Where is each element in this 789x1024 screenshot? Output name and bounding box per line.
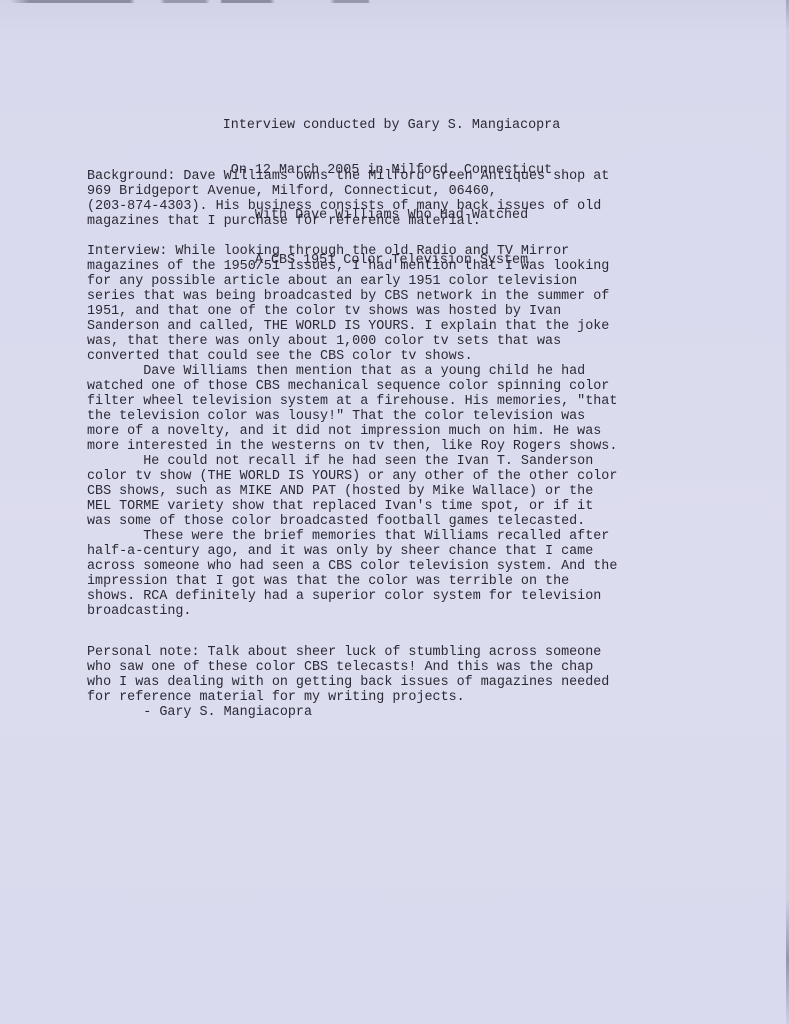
- text-line: Interview: While looking through the old…: [87, 244, 617, 259]
- text-line: CBS shows, such as MIKE AND PAT (hosted …: [87, 484, 617, 499]
- text-line: Sanderson and called, THE WORLD IS YOURS…: [87, 319, 617, 334]
- text-line: filter wheel television system at a fire…: [87, 394, 617, 409]
- text-line: Dave Williams then mention that as a you…: [87, 364, 617, 379]
- text-line: He could not recall if he had seen the I…: [87, 454, 617, 469]
- text-line: for reference material for my writing pr…: [87, 690, 609, 705]
- text-line: color tv show (THE WORLD IS YOURS) or an…: [87, 469, 617, 484]
- text-line: 969 Bridgeport Avenue, Milford, Connecti…: [87, 184, 609, 199]
- text-line: 1951, and that one of the color tv shows…: [87, 304, 617, 319]
- text-line: was some of those color broadcasted foot…: [87, 514, 617, 529]
- interview-paragraphs: Interview: While looking through the old…: [87, 244, 617, 619]
- text-line: These were the brief memories that Willi…: [87, 529, 617, 544]
- text-line: broadcasting.: [87, 604, 617, 619]
- text-line: who saw one of these color CBS telecasts…: [87, 660, 609, 675]
- text-line: half-a-century ago, and it was only by s…: [87, 544, 617, 559]
- text-line: watched one of those CBS mechanical sequ…: [87, 379, 617, 394]
- scan-top-edge-artifact: [10, 0, 370, 3]
- text-line: MEL TORME variety show that replaced Iva…: [87, 499, 617, 514]
- text-line: for any possible article about an early …: [87, 274, 617, 289]
- text-line: - Gary S. Mangiacopra: [87, 705, 609, 720]
- text-line: was, that there was only about 1,000 col…: [87, 334, 617, 349]
- text-line: Background: Dave Williams owns the Milfo…: [87, 169, 609, 184]
- text-line: across someone who had seen a CBS color …: [87, 559, 617, 574]
- text-line: magazines that I purchase for reference …: [87, 214, 609, 229]
- text-line: who I was dealing with on getting back i…: [87, 675, 609, 690]
- text-line: the television color was lousy!" That th…: [87, 409, 617, 424]
- text-line: Personal note: Talk about sheer luck of …: [87, 645, 609, 660]
- scanned-page: Interview conducted by Gary S. Mangiacop…: [0, 0, 789, 1024]
- text-line: (203-874-4303). His business consists of…: [87, 199, 609, 214]
- text-line: magazines of the 1950/51 issues, I had m…: [87, 259, 617, 274]
- text-line: impression that I got was that the color…: [87, 574, 617, 589]
- text-line: series that was being broadcasted by CBS…: [87, 289, 617, 304]
- text-line: more of a novelty, and it did not impres…: [87, 424, 617, 439]
- text-line: converted that could see the CBS color t…: [87, 349, 617, 364]
- text-line: more interested in the westerns on tv th…: [87, 439, 617, 454]
- background-paragraph: Background: Dave Williams owns the Milfo…: [87, 169, 609, 229]
- personal-note-paragraph: Personal note: Talk about sheer luck of …: [87, 645, 609, 720]
- title-line: Interview conducted by Gary S. Mangiacop…: [0, 118, 789, 133]
- text-line: shows. RCA definitely had a superior col…: [87, 589, 617, 604]
